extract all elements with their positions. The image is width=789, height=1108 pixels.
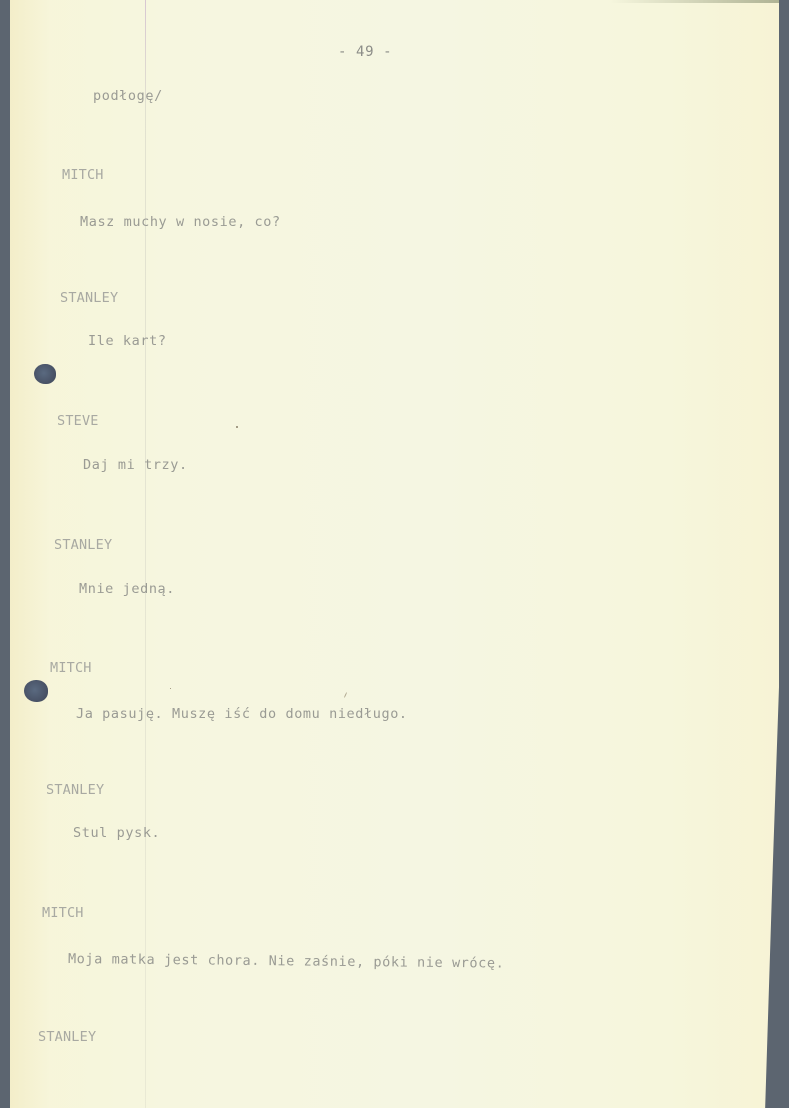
speaker-name: MITCH (50, 660, 92, 676)
dust-speck (236, 426, 238, 428)
speaker-name: MITCH (62, 167, 104, 183)
punch-hole-icon (34, 364, 56, 384)
speaker-name: MITCH (42, 905, 84, 921)
dust-speck (170, 688, 171, 689)
dialogue-line: Masz muchy w nosie, co? (80, 214, 281, 230)
dialogue-line: Mnie jedną. (79, 581, 175, 597)
punch-hole-icon (24, 680, 48, 702)
fold-line (145, 0, 146, 1108)
paper-sheet: - 49 - podłogę/ MITCH Masz muchy w nosie… (10, 0, 779, 1108)
dialogue-line: Ile kart? (88, 333, 167, 349)
speaker-name: STANLEY (60, 290, 118, 306)
dialogue-line: Stul pysk. (73, 825, 160, 841)
speaker-name: STANLEY (46, 782, 104, 798)
dialogue-line: Daj mi trzy. (83, 457, 188, 473)
speaker-name: STANLEY (54, 537, 112, 553)
speaker-name: STEVE (57, 413, 99, 429)
dialogue-line: Moja matka jest chora. Nie zaśnie, póki … (68, 951, 505, 972)
dust-speck (344, 692, 347, 698)
speaker-name: STANLEY (38, 1029, 96, 1045)
scan-edge-shadow (610, 0, 789, 3)
scanned-page: - 49 - podłogę/ MITCH Masz muchy w nosie… (0, 0, 789, 1108)
continuation-line: podłogę/ (93, 88, 163, 104)
page-number: - 49 - (338, 44, 392, 60)
dialogue-line: Ja pasuję. Muszę iść do domu niedługo. (76, 706, 408, 722)
